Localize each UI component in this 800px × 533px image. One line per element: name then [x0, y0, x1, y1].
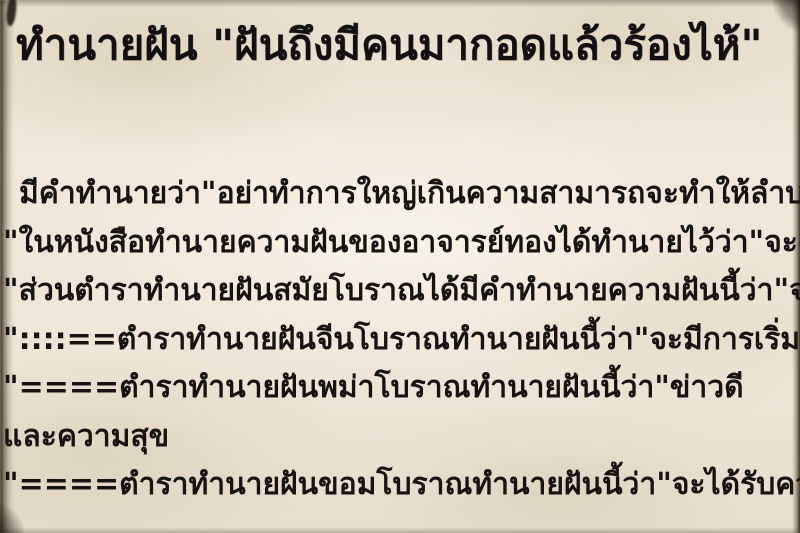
prediction-line: "ในหนังสือทำนายความฝันของอาจารย์ทองได้ทำ…: [0, 219, 800, 268]
prediction-line: "====ตำราทำนายฝันขอมโบราณทำนายฝันนี้ว่า"…: [0, 461, 800, 510]
prediction-line: มีคำทำนายว่า"อย่าทำการใหญ่เกินความสามารถ…: [0, 170, 800, 219]
dream-prediction-image: ทำนายฝัน "ฝันถึงมีคนมากอดแล้วร้องไห้" มี…: [0, 0, 800, 533]
prediction-line: "ส่วนตำราทำนายฝันสมัยโบราณได้มีคำทำนายคว…: [0, 267, 800, 316]
paper-edge-top: [0, 0, 800, 8]
prediction-line: "::::==ตำราทำนายฝันจีนโบราณทำนายฝันนี้ว่…: [0, 316, 800, 365]
page-title: ทำนายฝัน "ฝันถึงมีคนมากอดแล้วร้องไห้": [16, 12, 800, 78]
paper-edge-bottom: [0, 527, 800, 533]
prediction-line-continuation: และความสุข: [0, 413, 800, 462]
prediction-body: มีคำทำนายว่า"อย่าทำการใหญ่เกินความสามารถ…: [0, 170, 800, 510]
prediction-line: "====ตำราทำนายฝันพม่าโบราณทำนายฝันนี้ว่า…: [0, 364, 800, 413]
